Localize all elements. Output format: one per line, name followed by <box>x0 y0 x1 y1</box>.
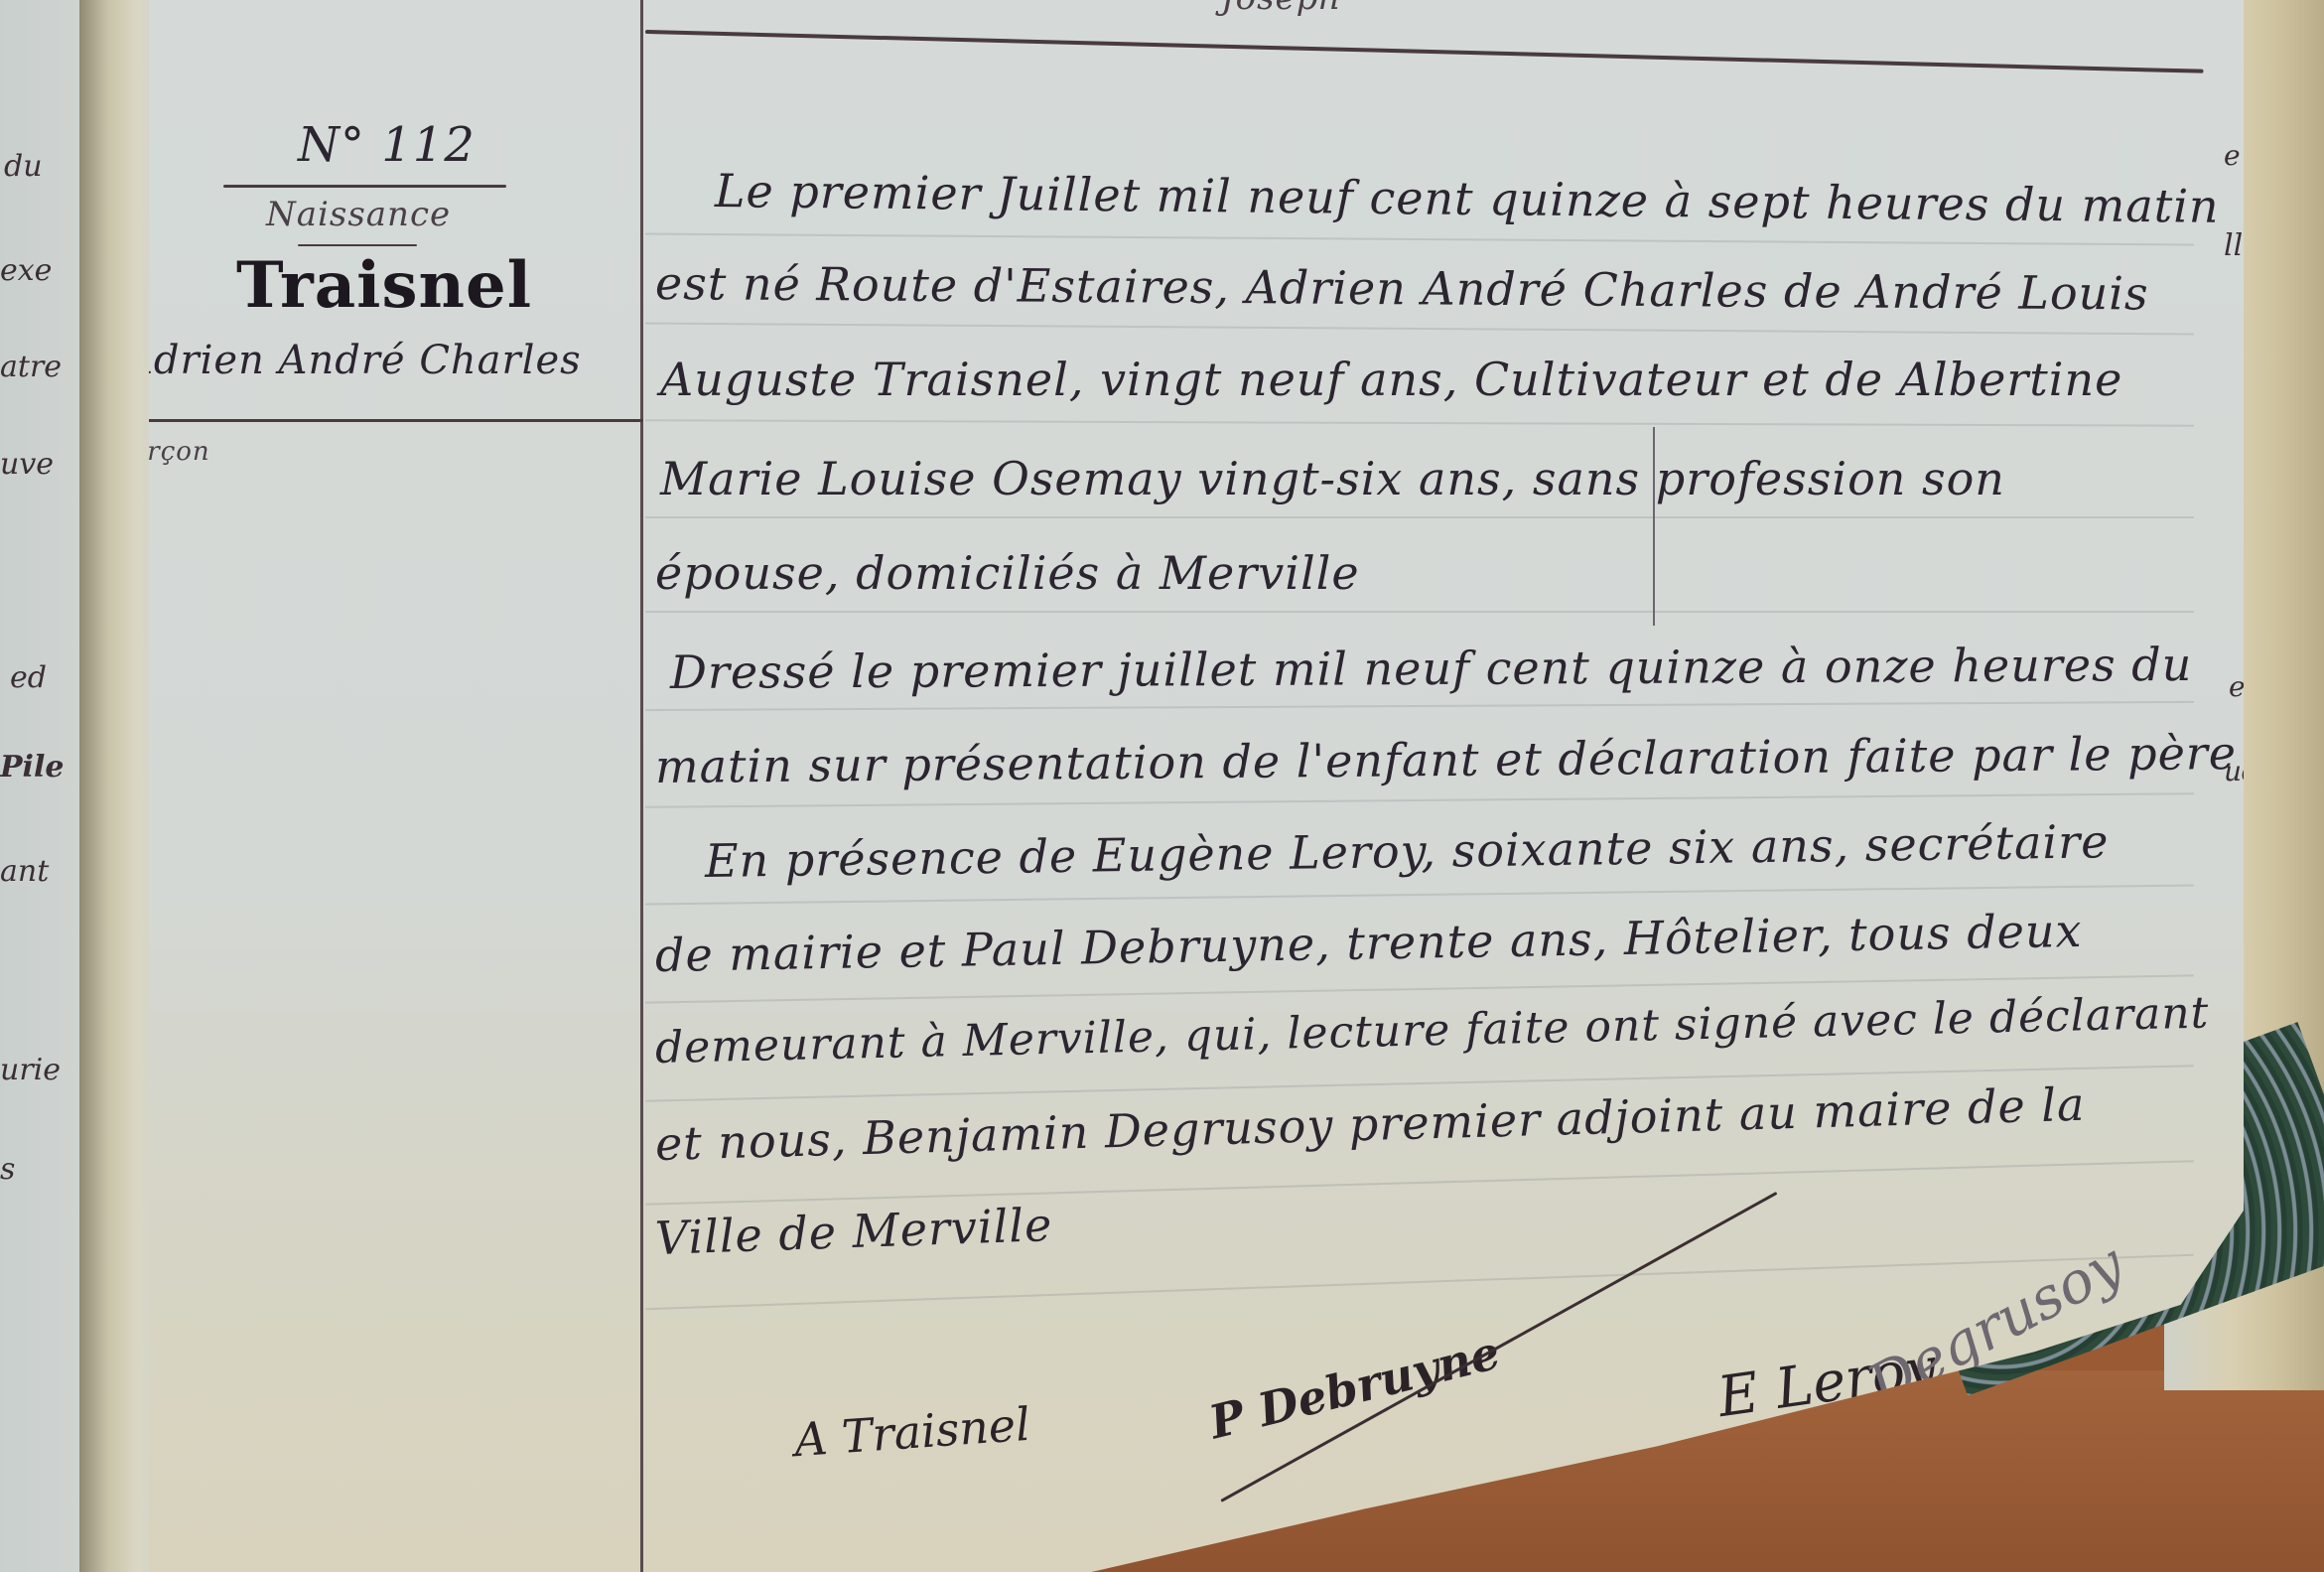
left-page-fragment: ant <box>0 854 49 889</box>
top-rule <box>645 30 2204 73</box>
top-fragment: Joseph <box>1221 0 1341 18</box>
body-line-10: demeurant à Merville, qui, lecture faite… <box>654 987 2209 1073</box>
body-line-4: Marie Louise Osemay vingt-six ans, sans … <box>660 452 2005 505</box>
left-page-fragment: du <box>4 149 43 184</box>
body-line-5: épouse, domiciliés à Merville <box>655 546 1360 600</box>
record-number: N° 112 <box>298 117 476 173</box>
body-line-6: Dressé le premier juillet mil neuf cent … <box>670 638 2193 699</box>
signature-debruyne: P Debruyne <box>1204 1326 1505 1450</box>
number-underline <box>223 185 506 188</box>
left-page-fragment: Pile <box>0 750 64 785</box>
record-surname: Traisnel <box>236 248 532 323</box>
crease-mark <box>1653 427 1655 626</box>
signature-traisnel: A Traisnel <box>792 1397 1031 1467</box>
right-margin-fragment: e <box>2229 670 2246 703</box>
body-line-8: En présence de Eugène Leroy, soixante si… <box>705 814 2110 888</box>
body-line-2: est né Route d'Estaires, Adrien André Ch… <box>655 256 2149 321</box>
left-page-fragment: urie <box>0 1053 61 1087</box>
right-margin-fragment: e <box>2224 139 2241 172</box>
record-given-names: Adrien André Charles <box>124 338 582 383</box>
left-page-fragment: exe <box>0 253 52 288</box>
body-line-3: Auguste Traisnel, vingt neuf ans, Cultiv… <box>660 353 2122 406</box>
body-line-1: Le premier Juillet mil neuf cent quinze … <box>715 164 2220 233</box>
body-line-9: de mairie et Paul Debruyne, trente ans, … <box>655 904 2083 982</box>
type-underline <box>298 244 417 246</box>
body-line-7: matin sur présentation de l'enfant et dé… <box>655 726 2237 793</box>
left-page-fragment: atre <box>0 350 62 384</box>
record-type: Naissance <box>266 195 451 234</box>
margin-divider <box>640 0 643 1572</box>
left-page-fragment: s <box>0 1152 15 1187</box>
body-line-12: Ville de Merville <box>654 1198 1053 1265</box>
body-line-11: et nous, Benjamin Degrusoy premier adjoi… <box>654 1077 2086 1171</box>
left-page-fragment: ed <box>10 660 47 695</box>
register-page: Joseph N° 112 Naissance Traisnel Adrien … <box>149 0 2244 1572</box>
left-page-fragment: uve <box>0 447 54 482</box>
margin-rule <box>89 419 643 422</box>
